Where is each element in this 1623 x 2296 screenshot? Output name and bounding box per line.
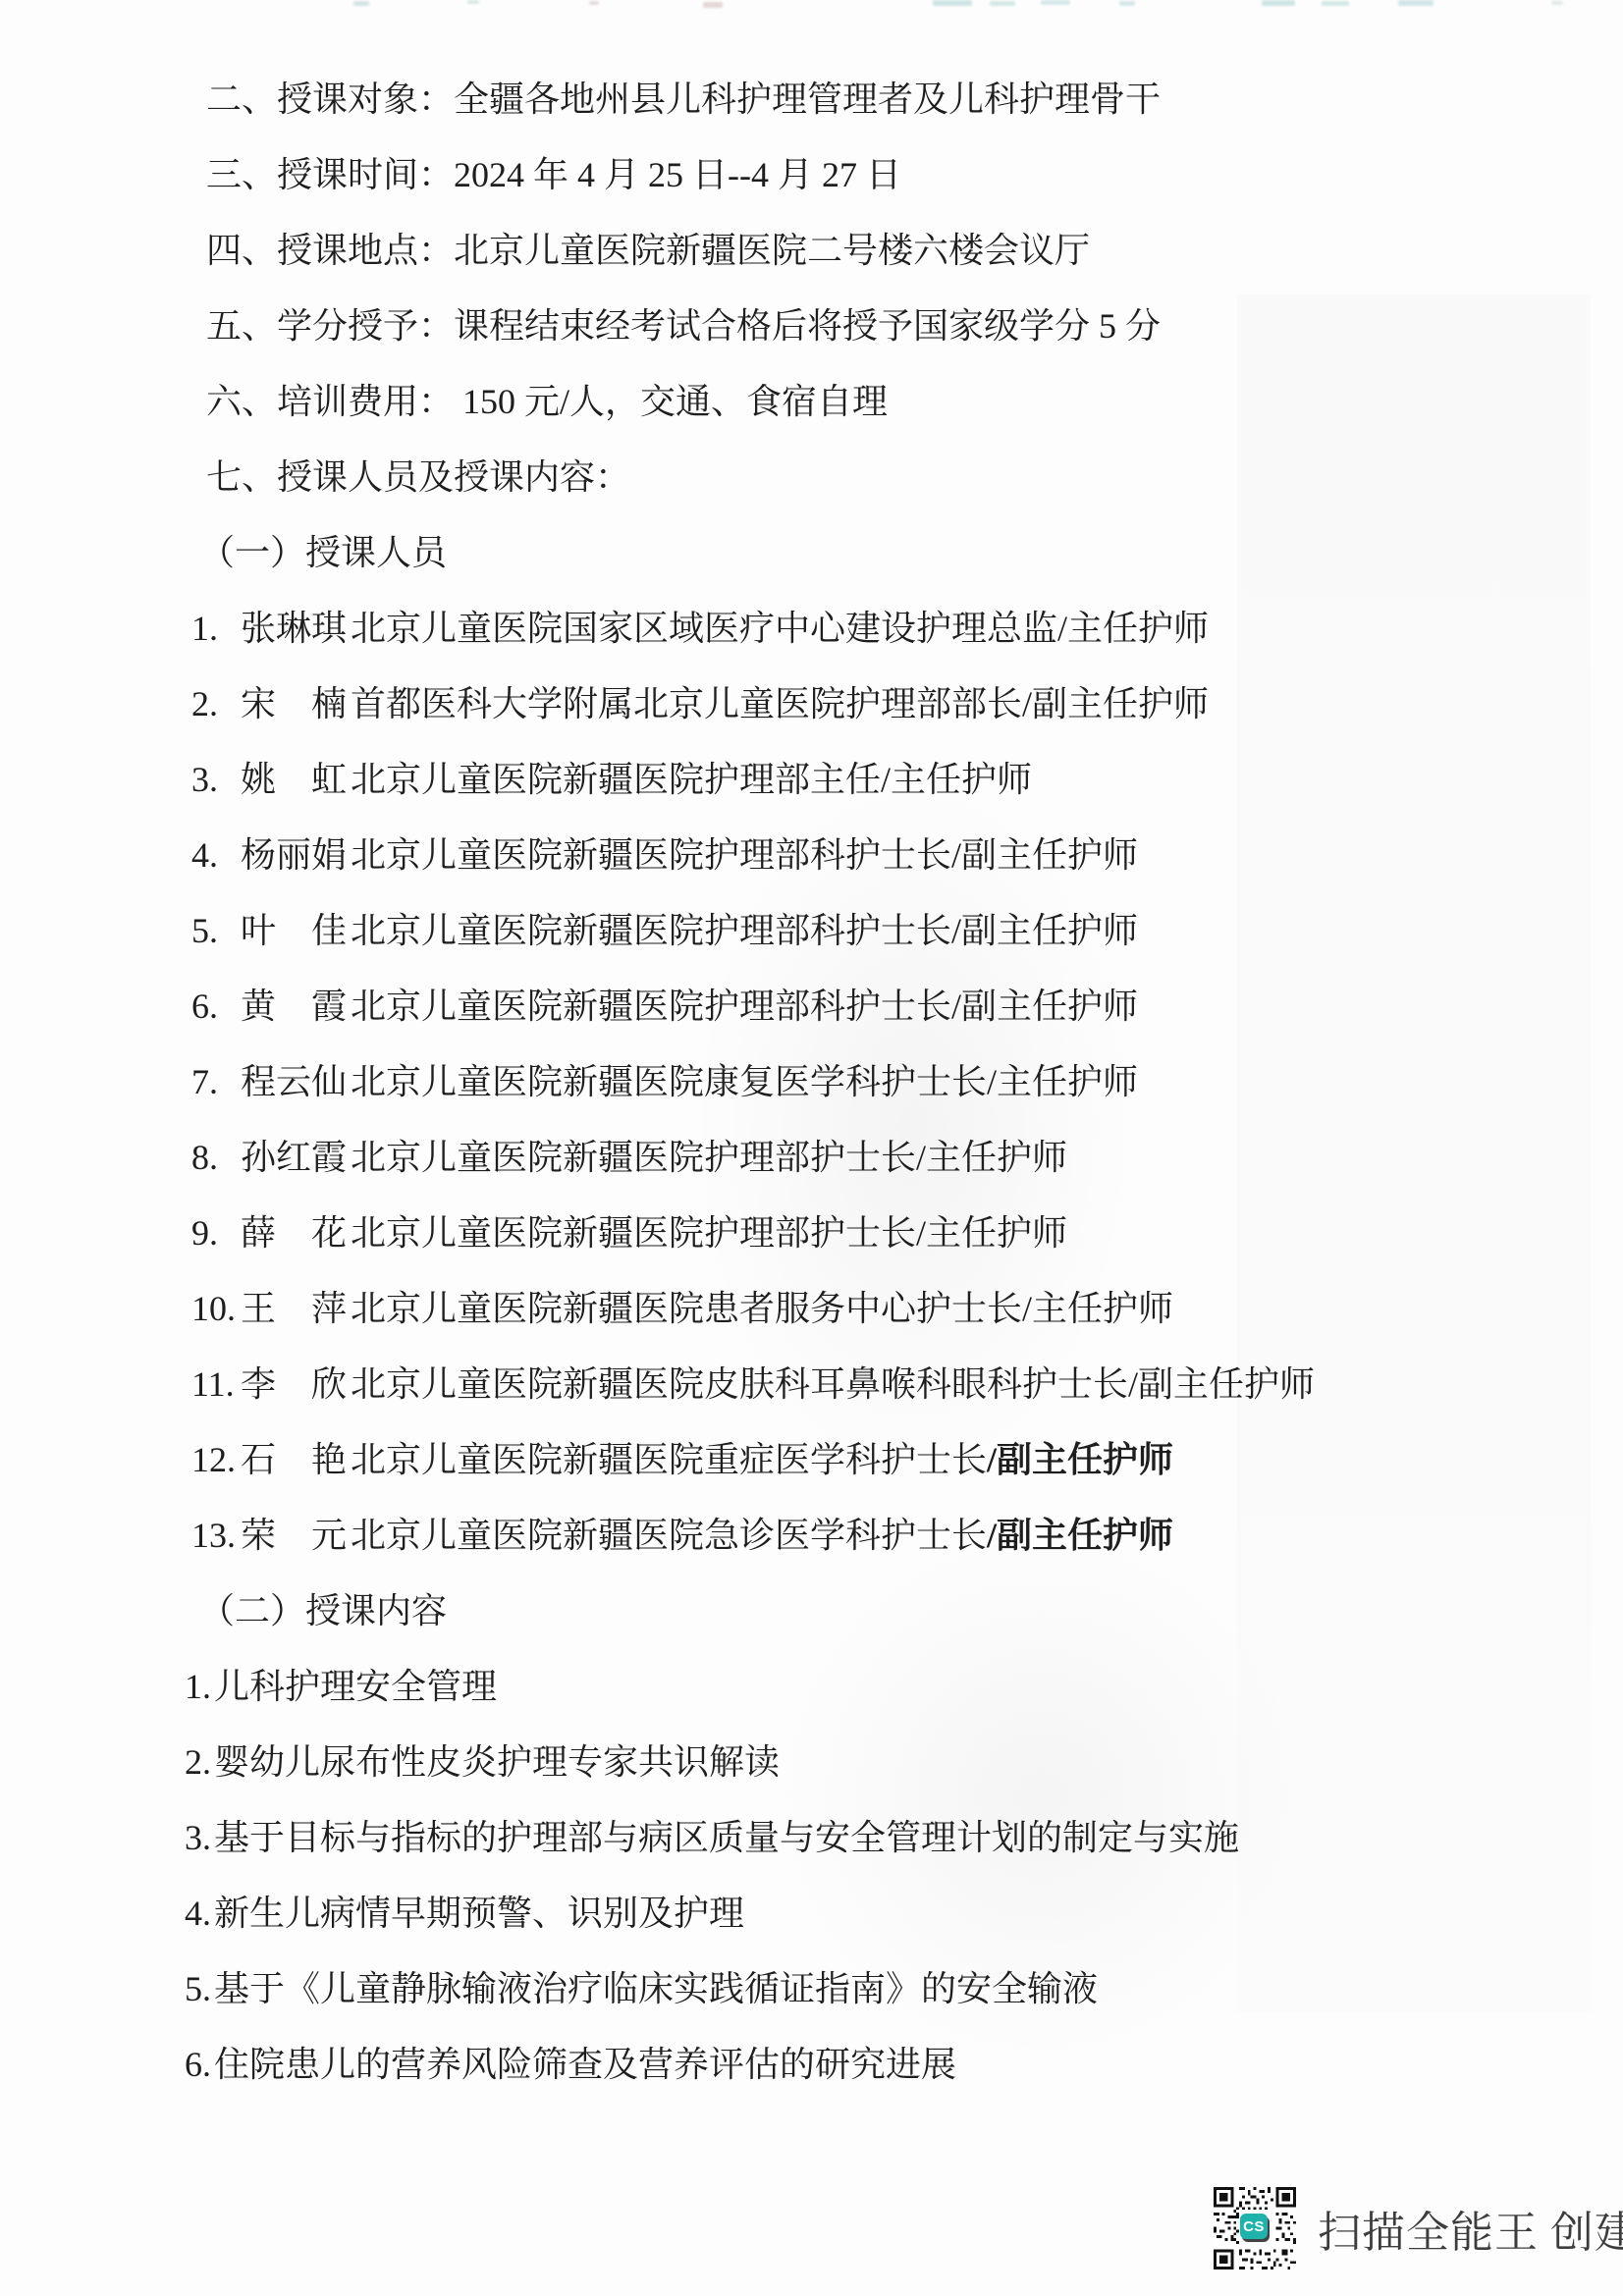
lecturer-name: 薛 花 xyxy=(241,1196,351,1271)
scan-mark xyxy=(353,1,369,6)
lecturer-title: 北京儿童医院新疆医院护理部科护士长/副主任护师 xyxy=(351,969,1138,1044)
lecturer-number: 10. xyxy=(191,1271,241,1347)
lecturer-title: 北京儿童医院新疆医院护理部主任/主任护师 xyxy=(351,742,1032,818)
section-number: 六、 xyxy=(206,382,277,421)
section-number: 七、 xyxy=(206,457,277,497)
section-list: 二、授课对象：全疆各地州县儿科护理管理者及儿科护理骨干 三、授课时间：2024 … xyxy=(0,62,1623,515)
lecturer-name: 王 萍 xyxy=(241,1271,351,1347)
section-text: 学分授予：课程结束经考试合格后将授予国家级学分 5 分 xyxy=(277,306,1161,346)
lecturer-title: 北京儿童医院新疆医院急诊医学科护士长/副主任护师 xyxy=(351,1498,1173,1574)
section-number: 二、 xyxy=(206,80,277,119)
lecturer-name: 叶 佳 xyxy=(241,893,351,969)
content-number: 2. xyxy=(185,1725,214,1800)
lecturer-list: 1.张琳琪北京儿童医院国家区域医疗中心建设护理总监/主任护师 2.宋 楠首都医科… xyxy=(0,591,1623,1574)
scan-mark xyxy=(1551,1,1563,5)
scan-mark xyxy=(990,1,1015,6)
lecturer-row: 3.姚 虹北京儿童医院新疆医院护理部主任/主任护师 xyxy=(0,742,1623,818)
section-text: 授课人员及授课内容： xyxy=(277,457,630,497)
lecturer-title: 北京儿童医院国家区域医疗中心建设护理总监/主任护师 xyxy=(351,591,1209,667)
scanned-document-page: 二、授课对象：全疆各地州县儿科护理管理者及儿科护理骨干 三、授课时间：2024 … xyxy=(0,0,1623,2296)
lecturer-number: 8. xyxy=(191,1120,241,1196)
lecturer-name: 孙红霞 xyxy=(241,1120,351,1196)
lecturer-row: 8.孙红霞北京儿童医院新疆医院护理部护士长/主任护师 xyxy=(0,1120,1623,1196)
lecturer-number: 1. xyxy=(191,591,241,667)
lecturer-number: 4. xyxy=(191,818,241,893)
content-text: 新生儿病情早期预警、识别及护理 xyxy=(214,1876,744,1951)
lecturer-name: 荣 元 xyxy=(241,1498,351,1574)
lecturer-title: 北京儿童医院新疆医院护理部科护士长/副主任护师 xyxy=(351,893,1138,969)
content-list: 1.儿科护理安全管理 2.婴幼儿尿布性皮炎护理专家共识解读 3.基于目标与指标的… xyxy=(0,1649,1623,2103)
lecturer-number: 2. xyxy=(191,667,241,742)
lecturer-row: 12.石 艳北京儿童医院新疆医院重症医学科护士长/副主任护师 xyxy=(0,1422,1623,1498)
content-number: 3. xyxy=(185,1800,214,1876)
scan-mark xyxy=(467,0,479,4)
lecturer-row: 10.王 萍北京儿童医院新疆医院患者服务中心护士长/主任护师 xyxy=(0,1271,1623,1347)
scan-mark xyxy=(589,1,599,5)
content-row: 2.婴幼儿尿布性皮炎护理专家共识解读 xyxy=(0,1725,1623,1800)
content-text: 基于目标与指标的护理部与病区质量与安全管理计划的制定与实施 xyxy=(214,1800,1239,1876)
section-text: 授课时间：2024 年 4 月 25 日--4 月 27 日 xyxy=(277,155,901,194)
part1-heading: （一）授课人员 xyxy=(0,515,1623,591)
content-row: 6.住院患儿的营养风险筛查及营养评估的研究进展 xyxy=(0,2027,1623,2103)
part2-heading: （二）授课内容 xyxy=(0,1574,1623,1649)
scan-mark xyxy=(933,0,972,6)
content-row: 1.儿科护理安全管理 xyxy=(0,1649,1623,1725)
section-number: 五、 xyxy=(206,306,277,346)
content-row: 5.基于《儿童静脉输液治疗临床实践循证指南》的安全输液 xyxy=(0,1951,1623,2027)
scan-mark xyxy=(1322,1,1349,6)
section-line: 二、授课对象：全疆各地州县儿科护理管理者及儿科护理骨干 xyxy=(0,62,1623,137)
lecturer-number: 11. xyxy=(191,1347,241,1422)
scan-mark xyxy=(1398,0,1434,6)
lecturer-name: 姚 虹 xyxy=(241,742,351,818)
section-line: 五、学分授予：课程结束经考试合格后将授予国家级学分 5 分 xyxy=(0,289,1623,364)
lecturer-row: 6.黄 霞北京儿童医院新疆医院护理部科护士长/副主任护师 xyxy=(0,969,1623,1044)
lecturer-row: 4.杨丽娟北京儿童医院新疆医院护理部科护士长/副主任护师 xyxy=(0,818,1623,893)
lecturer-row: 13.荣 元北京儿童医院新疆医院急诊医学科护士长/副主任护师 xyxy=(0,1498,1623,1574)
content-number: 4. xyxy=(185,1876,214,1951)
lecturer-name: 宋 楠 xyxy=(241,667,351,742)
lecturer-row: 11.李 欣北京儿童医院新疆医院皮肤科耳鼻喉科眼科护士长/副主任护师 xyxy=(0,1347,1623,1422)
lecturer-row: 9.薛 花北京儿童医院新疆医院护理部护士长/主任护师 xyxy=(0,1196,1623,1271)
watermark-label: 扫描全能王 创建 xyxy=(1318,2197,1623,2260)
lecturer-name: 石 艳 xyxy=(241,1422,351,1498)
lecturer-name: 杨丽娟 xyxy=(241,818,351,893)
section-line: 六、培训费用： 150 元/人，交通、食宿自理 xyxy=(0,364,1623,440)
lecturer-number: 6. xyxy=(191,969,241,1044)
content-number: 6. xyxy=(185,2027,214,2103)
content-number: 5. xyxy=(185,1951,214,2027)
section-text: 培训费用： 150 元/人，交通、食宿自理 xyxy=(277,382,888,421)
section-text: 授课对象：全疆各地州县儿科护理管理者及儿科护理骨干 xyxy=(277,80,1161,119)
lecturer-row: 1.张琳琪北京儿童医院国家区域医疗中心建设护理总监/主任护师 xyxy=(0,591,1623,667)
content-text: 婴幼儿尿布性皮炎护理专家共识解读 xyxy=(214,1725,780,1800)
content-row: 3.基于目标与指标的护理部与病区质量与安全管理计划的制定与实施 xyxy=(0,1800,1623,1876)
lecturer-number: 9. xyxy=(191,1196,241,1271)
qr-code-icon: CS xyxy=(1214,2187,1296,2269)
section-line: 四、授课地点：北京儿童医院新疆医院二号楼六楼会议厅 xyxy=(0,213,1623,289)
lecturer-row: 2.宋 楠首都医科大学附属北京儿童医院护理部部长/副主任护师 xyxy=(0,667,1623,742)
scan-mark xyxy=(1119,1,1135,6)
lecturer-row: 7.程云仙北京儿童医院新疆医院康复医学科护士长/主任护师 xyxy=(0,1044,1623,1120)
content-number: 1. xyxy=(185,1649,214,1725)
scan-mark xyxy=(1262,0,1295,6)
section-number: 四、 xyxy=(206,231,277,270)
content-row: 4.新生儿病情早期预警、识别及护理 xyxy=(0,1876,1623,1951)
lecturer-title: 首都医科大学附属北京儿童医院护理部部长/副主任护师 xyxy=(351,667,1209,742)
lecturer-title: 北京儿童医院新疆医院皮肤科耳鼻喉科眼科护士长/副主任护师 xyxy=(351,1347,1315,1422)
lecturer-number: 7. xyxy=(191,1044,241,1120)
lecturer-name: 黄 霞 xyxy=(241,969,351,1044)
scan-mark xyxy=(703,2,723,8)
lecturer-title: 北京儿童医院新疆医院患者服务中心护士长/主任护师 xyxy=(351,1271,1173,1347)
lecturer-number: 5. xyxy=(191,893,241,969)
lecturer-name: 李 欣 xyxy=(241,1347,351,1422)
lecturer-name: 张琳琪 xyxy=(241,591,351,667)
section-text: 授课地点：北京儿童医院新疆医院二号楼六楼会议厅 xyxy=(277,231,1090,270)
lecturer-title-bold: /副主任护师 xyxy=(987,1516,1173,1555)
section-line: 三、授课时间：2024 年 4 月 25 日--4 月 27 日 xyxy=(0,137,1623,213)
camscanner-watermark: CS 扫描全能王 创建 xyxy=(1214,2187,1623,2269)
lecturer-number: 3. xyxy=(191,742,241,818)
document-body: 二、授课对象：全疆各地州县儿科护理管理者及儿科护理骨干 三、授课时间：2024 … xyxy=(0,62,1623,2103)
lecturer-row: 5.叶 佳北京儿童医院新疆医院护理部科护士长/副主任护师 xyxy=(0,893,1623,969)
lecturer-title: 北京儿童医院新疆医院康复医学科护士长/主任护师 xyxy=(351,1044,1138,1120)
lecturer-number: 13. xyxy=(191,1498,241,1574)
lecturer-name: 程云仙 xyxy=(241,1044,351,1120)
scan-mark xyxy=(1041,0,1070,5)
lecturer-title-bold: /副主任护师 xyxy=(987,1440,1173,1479)
content-text: 基于《儿童静脉输液治疗临床实践循证指南》的安全输液 xyxy=(214,1951,1098,2027)
cs-logo: CS xyxy=(1240,2214,1268,2239)
lecturer-title: 北京儿童医院新疆医院护理部科护士长/副主任护师 xyxy=(351,818,1138,893)
section-line: 七、授课人员及授课内容： xyxy=(0,440,1623,515)
lecturer-title: 北京儿童医院新疆医院重症医学科护士长/副主任护师 xyxy=(351,1422,1173,1498)
section-number: 三、 xyxy=(206,155,277,194)
lecturer-number: 12. xyxy=(191,1422,241,1498)
lecturer-title: 北京儿童医院新疆医院护理部护士长/主任护师 xyxy=(351,1196,1067,1271)
content-text: 住院患儿的营养风险筛查及营养评估的研究进展 xyxy=(214,2027,956,2103)
lecturer-title: 北京儿童医院新疆医院护理部护士长/主任护师 xyxy=(351,1120,1067,1196)
content-text: 儿科护理安全管理 xyxy=(214,1649,497,1725)
